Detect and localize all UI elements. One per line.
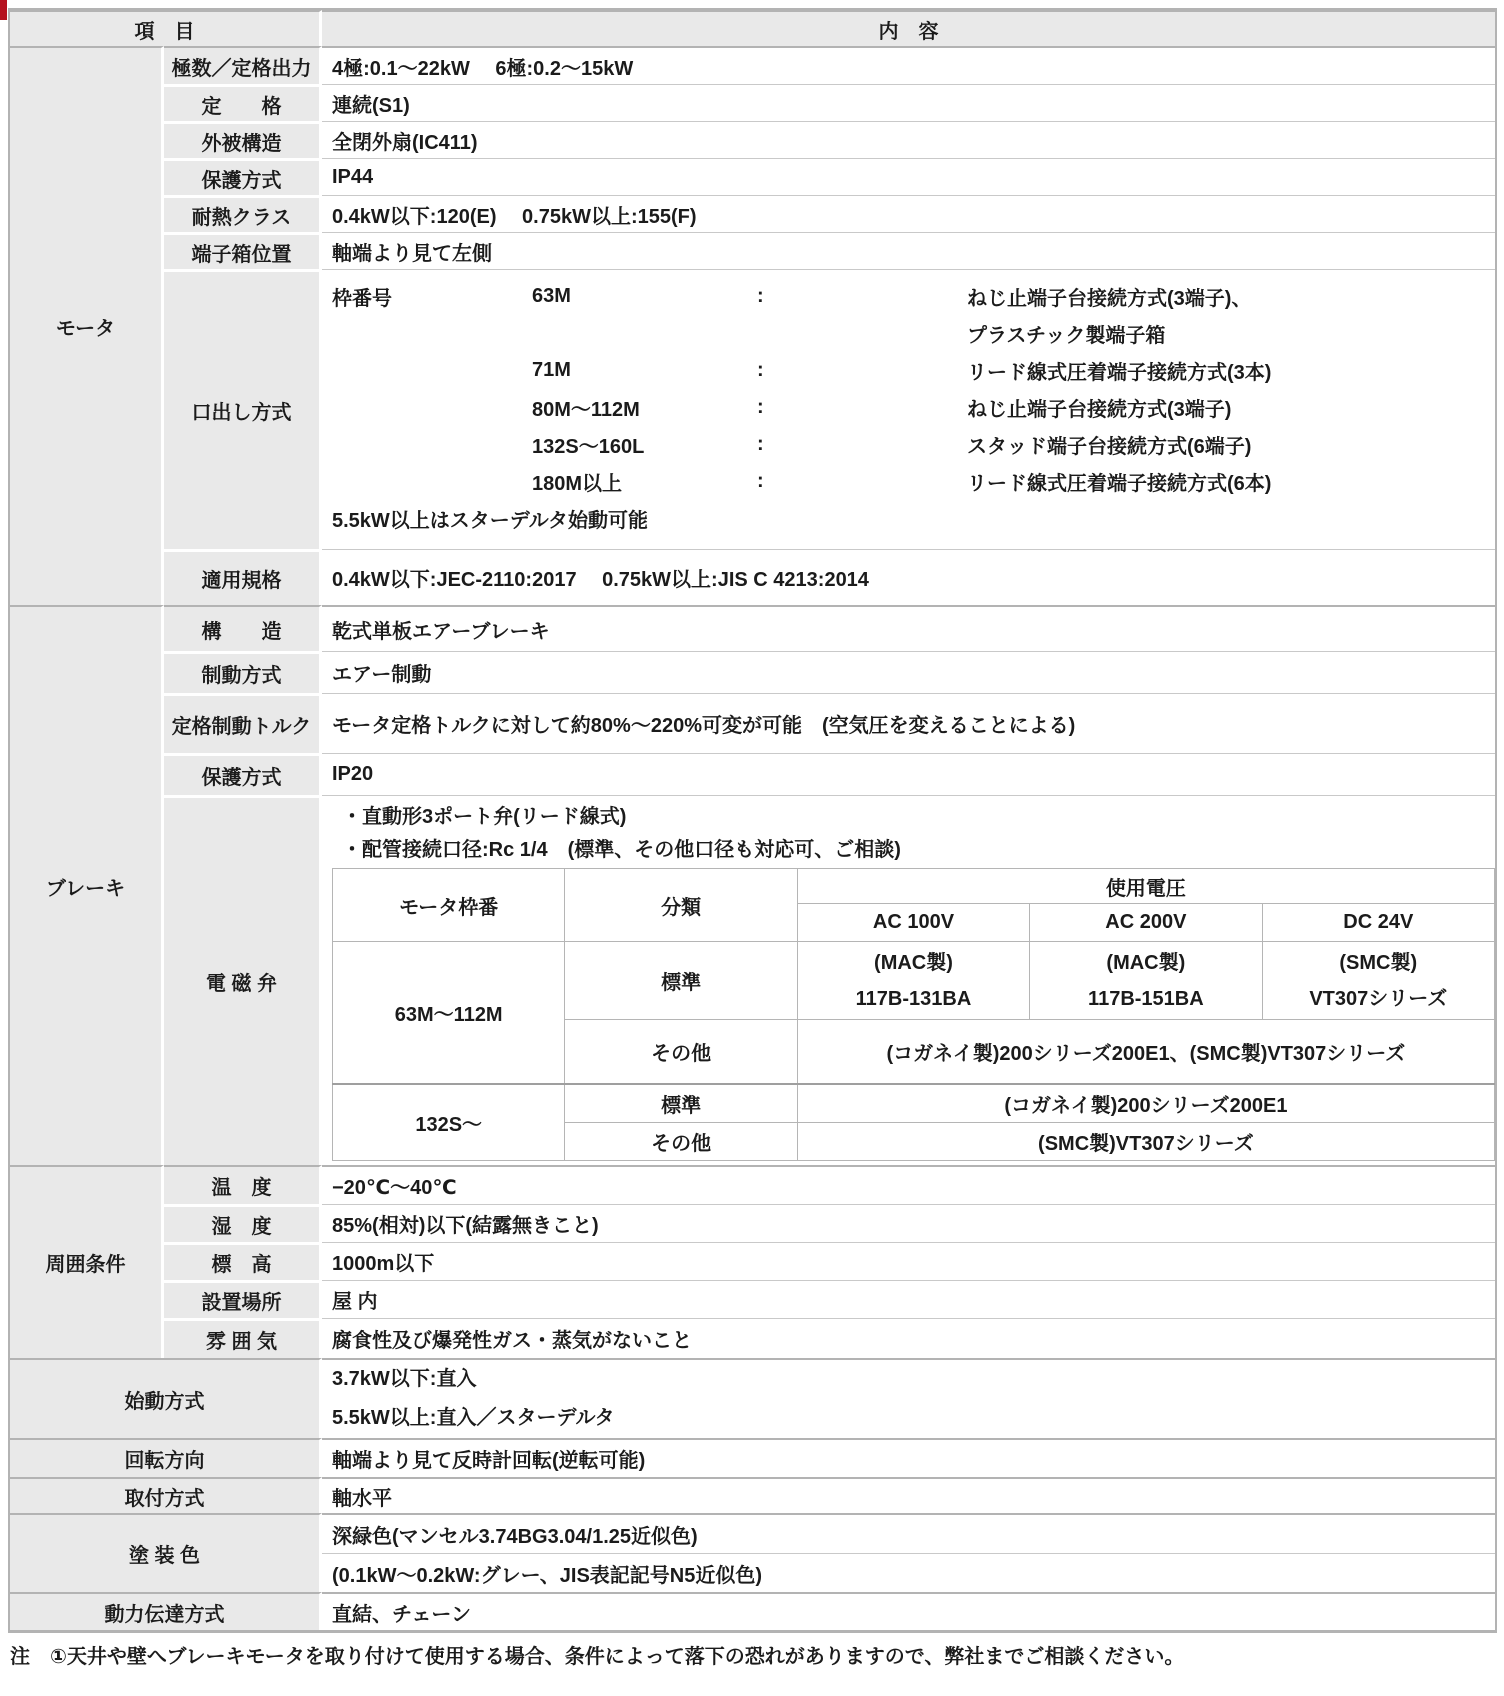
leadout-frame-col-title: 枠番号 [332,282,532,311]
motor-leadout-label: 口出し方式 [164,269,322,549]
brake-structure-value: 乾式単板エアーブレーキ [322,605,1495,651]
leadout-frame: 80M〜112M [532,393,757,422]
paint-color-value-1: 深緑色(マンセル3.74BG3.04/1.25近似色) [322,1513,1495,1553]
inner-header-ac200: AC 200V [1030,904,1262,942]
table-row: 塗 装 色 深緑色(マンセル3.74BG3.04/1.25近似色) [10,1513,1495,1553]
table-row: 電 磁 弁 ・直動形3ポート弁(リード線式) ・配管接続口径:Rc 1/4 (標… [10,795,1495,1165]
leadout-desc: リード線式圧着端子接続方式(6本) [967,467,1495,496]
leadout-colon: : [757,396,967,419]
page-corner-accent [0,0,7,20]
table-row: 口出し方式 枠番号 63M : ねじ止端子台接続方式(3端子)、 プラスチック製… [10,269,1495,549]
motor-rating-label: 定 格 [164,84,322,121]
leadout-frame: 180M以上 [532,467,757,496]
maker: (SMC製) [1263,945,1494,981]
start-method-line: 5.5kW以上:直入／スターデルタ [332,1399,1495,1438]
leadout-desc: プラスチック製端子箱 [967,319,1495,348]
leadout-frame: 71M [532,359,757,382]
ambient-location-label: 設置場所 [164,1280,322,1318]
inner-frame2-standard-label: 標準 [565,1084,797,1123]
maker: (MAC製) [1030,945,1261,981]
column-header-item: 項 目 [10,10,322,46]
start-method-label: 始動方式 [10,1358,322,1438]
inner-frame2-standard-value: (コガネイ製)200シリーズ200E1 [797,1084,1494,1123]
group-label-ambient: 周囲条件 [10,1165,164,1358]
table-row: 外被構造 全閉外扇(IC411) [10,121,1495,158]
table-row: 制動方式 エアー制動 [10,651,1495,693]
inner-frame1-other-value: (コガネイ製)200シリーズ200E1、(SMC製)VT307シリーズ [797,1020,1494,1084]
inner-frame1-ac200: (MAC製) 117B-151BA [1030,942,1262,1020]
table-row: 適用規格 0.4kW以下:JEC-2110:2017 0.75kW以上:JIS … [10,549,1495,605]
table-row: 端子箱位置 軸端より見て左側 [10,232,1495,269]
table-row: ブレーキ 構 造 乾式単板エアーブレーキ [10,605,1495,651]
table-row: 63M〜112M 標準 (MAC製) 117B-131BA (MAC製) 117… [333,942,1495,1020]
leadout-line: 132S〜160L : スタッド端子台接続方式(6端子) [332,426,1495,463]
group-label-brake: ブレーキ [10,605,164,1165]
brake-torque-label: 定格制動トルク [164,693,322,753]
inner-frame1-dc24: (SMC製) VT307シリーズ [1262,942,1494,1020]
motor-terminal-box-value: 軸端より見て左側 [322,232,1495,269]
ambient-humidity-value: 85%(相対)以下(結露無きこと) [322,1204,1495,1242]
solenoid-bullet: ・配管接続口径:Rc 1/4 (標準、その他口径も対応可、ご相談) [342,834,1495,867]
motor-enclosure-label: 外被構造 [164,121,322,158]
table-row: 耐熱クラス 0.4kW以下:120(E) 0.75kW以上:155(F) [10,195,1495,232]
leadout-colon: : [757,433,967,456]
mounting-method-label: 取付方式 [10,1477,322,1513]
motor-protection-label: 保護方式 [164,158,322,195]
leadout-line: 80M〜112M : ねじ止端子台接続方式(3端子) [332,389,1495,426]
leadout-line: プラスチック製端子箱 [332,315,1495,352]
inner-frame1-name: 63M〜112M [333,942,565,1084]
motor-poles-value: 4極:0.1〜22kW 6極:0.2〜15kW [322,46,1495,84]
inner-frame1-standard-label: 標準 [565,942,797,1020]
inner-frame1-ac100: (MAC製) 117B-131BA [797,942,1029,1020]
power-transmission-label: 動力伝達方式 [10,1592,322,1630]
leadout-desc: リード線式圧着端子接続方式(3本) [967,356,1495,385]
table-row: 設置場所 屋 内 [10,1280,1495,1318]
leadout-line: 71M : リード線式圧着端子接続方式(3本) [332,352,1495,389]
inner-header-voltage: 使用電圧 [797,869,1494,904]
ambient-altitude-label: 標 高 [164,1242,322,1280]
ambient-atmosphere-value: 腐食性及び爆発性ガス・蒸気がないこと [322,1318,1495,1358]
motor-rating-value: 連続(S1) [322,84,1495,121]
brake-solenoid-value: ・直動形3ポート弁(リード線式) ・配管接続口径:Rc 1/4 (標準、その他口… [322,795,1495,1165]
leadout-desc: ねじ止端子台接続方式(3端子)、 [967,282,1495,311]
column-header-content: 内 容 [322,10,1495,46]
inner-frame2-other-label: その他 [565,1123,797,1161]
rotation-direction-label: 回転方向 [10,1438,322,1477]
motor-leadout-value: 枠番号 63M : ねじ止端子台接続方式(3端子)、 プラスチック製端子箱 71… [322,269,1495,549]
motor-enclosure-value: 全閉外扇(IC411) [322,121,1495,158]
table-row: 定格制動トルク モータ定格トルクに対して約80%〜220%可変が可能 (空気圧を… [10,693,1495,753]
table-row: 保護方式 IP44 [10,158,1495,195]
mounting-method-value: 軸水平 [322,1477,1495,1513]
solenoid-bullet: ・直動形3ポート弁(リード線式) [342,801,1495,834]
inner-header-frame: モータ枠番 [333,869,565,942]
motor-poles-label: 極数／定格出力 [164,46,322,84]
table-row: 保護方式 IP20 [10,753,1495,795]
ambient-atmosphere-label: 雰 囲 気 [164,1318,322,1358]
leadout-colon: : [757,285,967,308]
inner-frame2-other-value: (SMC製)VT307シリーズ [797,1123,1494,1161]
table-row: 132S〜 標準 (コガネイ製)200シリーズ200E1 [333,1084,1495,1123]
model: VT307シリーズ [1263,981,1494,1017]
table-row: 周囲条件 温 度 −20℃〜40℃ [10,1165,1495,1204]
brake-method-label: 制動方式 [164,651,322,693]
leadout-frame: 132S〜160L [532,430,757,459]
motor-standards-label: 適用規格 [164,549,322,605]
ambient-altitude-value: 1000m以下 [322,1242,1495,1280]
table-row: 始動方式 3.7kW以下:直入 5.5kW以上:直入／スターデルタ [10,1358,1495,1438]
inner-header-class: 分類 [565,869,797,942]
brake-method-value: エアー制動 [322,651,1495,693]
motor-thermal-class-value: 0.4kW以下:120(E) 0.75kW以上:155(F) [322,195,1495,232]
paint-color-label: 塗 装 色 [10,1513,322,1592]
leadout-line: 180M以上 : リード線式圧着端子接続方式(6本) [332,463,1495,500]
table-row: 動力伝達方式 直結、チェーン [10,1592,1495,1630]
table-row: 回転方向 軸端より見て反時計回転(逆転可能) [10,1438,1495,1477]
group-label-motor: モータ [10,46,164,605]
leadout-star-delta-note: 5.5kW以上はスターデルタ始動可能 [332,500,1495,537]
motor-thermal-class-label: 耐熱クラス [164,195,322,232]
paint-color-value-2: (0.1kW〜0.2kW:グレー、JIS表記記号N5近似色) [322,1553,1495,1592]
table-row: モータ 極数／定格出力 4極:0.1〜22kW 6極:0.2〜15kW [10,46,1495,84]
power-transmission-value: 直結、チェーン [322,1592,1495,1630]
table-row: 定 格 連続(S1) [10,84,1495,121]
rotation-direction-value: 軸端より見て反時計回転(逆転可能) [322,1438,1495,1477]
motor-standards-value: 0.4kW以下:JEC-2110:2017 0.75kW以上:JIS C 421… [322,549,1495,605]
model: 117B-151BA [1030,981,1261,1017]
table-row: 雰 囲 気 腐食性及び爆発性ガス・蒸気がないこと [10,1318,1495,1358]
brake-protection-value: IP20 [322,753,1495,795]
table-row: 湿 度 85%(相対)以下(結露無きこと) [10,1204,1495,1242]
footnote: 注 ①天井や壁へブレーキモータを取り付けて使用する場合、条件によって落下の恐れが… [10,1643,1490,1671]
ambient-temperature-label: 温 度 [164,1165,322,1204]
inner-header-dc24: DC 24V [1262,904,1494,942]
table-header-row: 項 目 内 容 [10,10,1495,46]
start-method-value: 3.7kW以下:直入 5.5kW以上:直入／スターデルタ [322,1358,1495,1438]
solenoid-bullets: ・直動形3ポート弁(リード線式) ・配管接続口径:Rc 1/4 (標準、その他口… [332,796,1495,867]
spec-sheet-page: 項 目 内 容 モータ 極数／定格出力 4極:0.1〜22kW 6極:0.2〜1… [0,0,1504,1696]
start-method-line: 3.7kW以下:直入 [332,1360,1495,1399]
leadout-desc: スタッド端子台接続方式(6端子) [967,430,1495,459]
brake-torque-value: モータ定格トルクに対して約80%〜220%可変が可能 (空気圧を変えることによる… [322,693,1495,753]
motor-protection-value: IP44 [322,158,1495,195]
leadout-colon: : [757,470,967,493]
ambient-location-value: 屋 内 [322,1280,1495,1318]
inner-header-ac100: AC 100V [797,904,1029,942]
brake-structure-label: 構 造 [164,605,322,651]
ambient-temperature-value: −20℃〜40℃ [322,1165,1495,1204]
brake-protection-label: 保護方式 [164,753,322,795]
leadout-desc: ねじ止端子台接続方式(3端子) [967,393,1495,422]
leadout-frame: 63M [532,285,757,308]
leadout-line: 枠番号 63M : ねじ止端子台接続方式(3端子)、 [332,278,1495,315]
inner-frame1-other-label: その他 [565,1020,797,1084]
inner-frame2-name: 132S〜 [333,1084,565,1161]
maker: (MAC製) [798,945,1029,981]
brake-solenoid-label: 電 磁 弁 [164,795,322,1165]
spec-table: 項 目 内 容 モータ 極数／定格出力 4極:0.1〜22kW 6極:0.2〜1… [8,8,1497,1633]
motor-terminal-box-label: 端子箱位置 [164,232,322,269]
model: 117B-131BA [798,981,1029,1017]
table-row: モータ枠番 分類 使用電圧 [333,869,1495,904]
solenoid-valve-table: モータ枠番 分類 使用電圧 AC 100V AC 200V DC 24V 63M… [332,868,1495,1161]
leadout-colon: : [757,359,967,382]
table-row: 取付方式 軸水平 [10,1477,1495,1513]
ambient-humidity-label: 湿 度 [164,1204,322,1242]
table-row: 標 高 1000m以下 [10,1242,1495,1280]
